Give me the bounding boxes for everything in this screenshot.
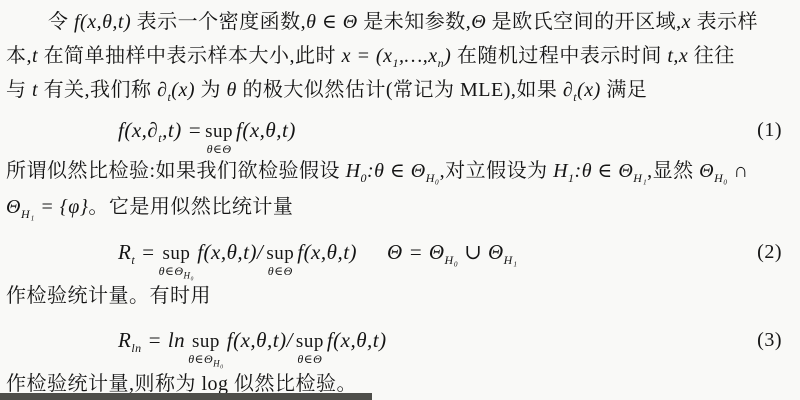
text-run: 作检验统计量,则称为 log 似然比检验。 [6, 373, 357, 395]
math-run: H [553, 160, 568, 182]
math-run: θ∈Θ [207, 142, 232, 156]
math-run: θ∈Θ [297, 352, 322, 366]
subscript: H₀ [426, 171, 440, 185]
eq2-mid: f(x,θ,t)/ [197, 240, 263, 265]
text-run: 在简单抽样中表示样本大小,此时 [38, 45, 342, 67]
text-run: 有关,我们称 [38, 79, 157, 101]
text-run: 在随机过程中表示时间 [451, 45, 667, 67]
eq3-sup-stack-2: sup θ∈Θ [296, 332, 324, 365]
text-run: ∩ [728, 160, 748, 182]
text-run: 作检验统计量。有时用 [6, 285, 211, 307]
eq1-rhs: f(x,θ,t) [236, 118, 296, 143]
subscript: H₀ [445, 253, 459, 267]
sup-operator: sup [266, 244, 294, 263]
sup-operator: sup [205, 122, 233, 141]
math-run: ∪ Θ [458, 240, 503, 264]
text-run: 为 [195, 79, 227, 101]
paragraph1-line1: 令 f(x,θ,t) 表示一个密度函数,θ ∈ Θ 是未知参数,Θ 是欧氏空间的… [6, 5, 796, 39]
scan-artifact-bar [0, 393, 372, 400]
eq2-lhs: Rt = [118, 240, 156, 265]
equation-3-body: Rln = ln sup θ∈ΘH₀ f(x,θ,t)/ sup θ∈Θ f(x… [118, 324, 387, 357]
math-run: t,x [667, 45, 688, 67]
text-run: 与 [6, 79, 32, 101]
paragraph2-line1: 所谓似然比检验:如果我们欲检验假设 H0:θ ∈ ΘH₀,对立假设为 H1:θ … [6, 153, 796, 189]
sup-operator: sup [296, 332, 324, 351]
text-run: 本, [6, 45, 32, 67]
sup-operator: sup [192, 332, 220, 351]
math-run: (x) [171, 79, 195, 101]
math-run: Θ [471, 11, 486, 33]
text-run: 表示一个密度函数, [131, 11, 306, 33]
subscript: H₁ [21, 207, 35, 221]
sup-condition: θ∈Θ [207, 143, 232, 155]
math-run: = [135, 240, 155, 264]
math-run: Θ [699, 160, 714, 182]
paragraph2-line2: ΘH₁ = {φ}。它是用似然比统计量 [6, 189, 796, 225]
equation-3-number: (3) [757, 329, 782, 352]
text-run: 表示样 [691, 11, 758, 33]
math-run: :θ ∈ Θ [367, 160, 426, 182]
text-run: 令 [48, 11, 74, 33]
math-run: f(x,θ,t)/ [197, 240, 263, 264]
paragraph1-line2: 本,t 在简单抽样中表示样本大小,此时 x = (x1,…,xn) 在随机过程中… [6, 39, 796, 73]
equation-3: Rln = ln sup θ∈ΘH₀ f(x,θ,t)/ sup θ∈Θ f(x… [6, 313, 796, 367]
eq2-rhs: f(x,θ,t) [297, 240, 357, 265]
eq3-sup-stack-1: sup θ∈ΘH₀ [188, 332, 224, 365]
eq2-sup-stack-2: sup θ∈Θ [266, 244, 294, 277]
subscript: H₀ [184, 270, 195, 280]
math-run: θ [227, 79, 237, 101]
math-run: ∂ [157, 79, 167, 101]
eq1-sup-stack: sup θ∈Θ [205, 122, 233, 155]
eq3-lhs: Rln = ln [118, 328, 185, 353]
math-run: = ln [142, 328, 186, 352]
math-run: H [346, 160, 361, 182]
math-run: θ∈Θ [188, 352, 213, 366]
math-run: Θ [6, 196, 21, 218]
math-run: f(x,θ,t) [236, 118, 296, 142]
equation-2-body: Rt = sup θ∈ΘH₀ f(x,θ,t)/ sup θ∈Θ f(x,θ,t… [118, 236, 518, 269]
equation-1: f(x,∂t,t) = sup θ∈Θ f(x,θ,t) (1) [6, 107, 796, 153]
math-run: ,…,x [399, 45, 438, 67]
math-run: θ∈Θ [268, 264, 293, 278]
subscript: ln [131, 341, 141, 355]
math-run: f(x,θ,t) [297, 240, 357, 264]
eq1-lhs: f(x,∂t,t) = [118, 118, 202, 143]
scanned-math-document: 令 f(x,θ,t) 表示一个密度函数,θ ∈ Θ 是未知参数,Θ 是欧氏空间的… [0, 0, 800, 400]
subscript: H₀ [714, 171, 728, 185]
subscript: H₀ [213, 358, 224, 368]
math-run: f(x,θ,t) [74, 11, 131, 33]
math-run: f(x,θ,t)/ [227, 328, 293, 352]
text-run: 是未知参数, [358, 11, 472, 33]
paragraph3-line1: 作检验统计量。有时用 [6, 279, 796, 313]
equation-2-number: (2) [757, 241, 782, 264]
equation-1-number: (1) [757, 119, 782, 142]
text-run: 的极大似然估计(常记为 MLE),如果 [237, 79, 563, 101]
text-run: 所谓似然比检验:如果我们欲检验假设 [6, 160, 346, 182]
math-run: (x) [577, 79, 601, 101]
math-run: ,t) = [162, 118, 202, 142]
eq2-theta-union: Θ = ΘH₀ ∪ ΘH₁ [387, 240, 517, 265]
text-run: 满足 [601, 79, 648, 101]
math-run: θ ∈ Θ [306, 11, 358, 33]
paragraph1-line3: 与 t 有关,我们称 ∂t(x) 为 θ 的极大似然估计(常记为 MLE),如果… [6, 73, 796, 107]
math-run: Θ = Θ [387, 240, 445, 264]
math-run: R [118, 240, 131, 264]
text-run: 是欧氏空间的开区域, [486, 11, 682, 33]
sup-condition: θ∈Θ [297, 353, 322, 365]
text-run: ,显然 [647, 160, 699, 182]
math-run: θ∈Θ [159, 264, 184, 278]
subscript: H₁ [504, 253, 518, 267]
math-run: = {φ} [35, 196, 89, 218]
eq3-mid: f(x,θ,t)/ [227, 328, 293, 353]
math-run: R [118, 328, 131, 352]
math-run: f(x,θ,t) [327, 328, 387, 352]
sup-condition: θ∈ΘH₀ [159, 265, 195, 277]
math-run: ∂ [563, 79, 573, 101]
sup-condition: θ∈ΘH₀ [188, 353, 224, 365]
equation-1-body: f(x,∂t,t) = sup θ∈Θ f(x,θ,t) [118, 114, 296, 147]
equation-2: Rt = sup θ∈ΘH₀ f(x,θ,t)/ sup θ∈Θ f(x,θ,t… [6, 225, 796, 279]
text-run: 。它是用似然比统计量 [88, 196, 293, 218]
eq3-rhs: f(x,θ,t) [327, 328, 387, 353]
sup-operator: sup [162, 244, 190, 263]
eq2-sup-stack-1: sup θ∈ΘH₀ [159, 244, 195, 277]
sup-condition: θ∈Θ [268, 265, 293, 277]
math-run: :θ ∈ Θ [575, 160, 634, 182]
math-run: x [682, 11, 691, 33]
math-run: x = (x [342, 45, 393, 67]
text-run: ,对立假设为 [440, 160, 554, 182]
text-run: 往往 [688, 45, 735, 67]
subscript: H₁ [633, 171, 647, 185]
math-run: f(x,∂ [118, 118, 158, 142]
